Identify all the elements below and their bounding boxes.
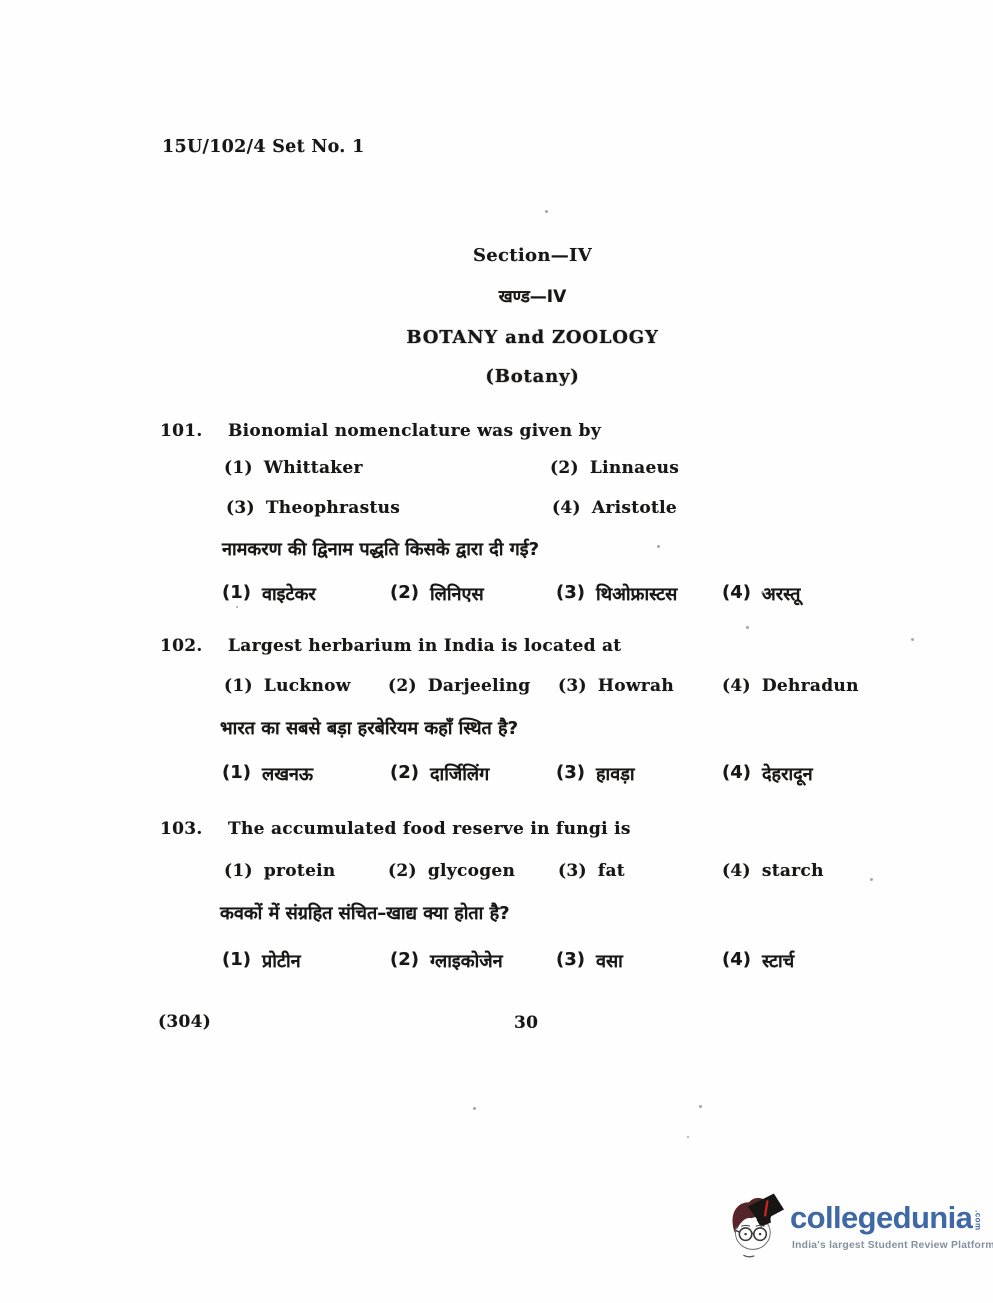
question-number: 101. xyxy=(160,421,203,441)
option: (3) Theophrastus xyxy=(226,498,400,518)
option-number: (3) xyxy=(556,762,585,786)
option-number: (1) xyxy=(222,949,251,973)
option-number: (2) xyxy=(390,582,419,606)
question-text-en: Bionomial nomenclature was given by xyxy=(228,421,601,441)
option-label: लखनऊ xyxy=(262,762,313,786)
scan-speck xyxy=(761,591,764,594)
option-number: (2) xyxy=(388,861,417,881)
option-number: (1) xyxy=(224,458,253,478)
option-number: (3) xyxy=(556,582,585,606)
option-label: Linnaeus xyxy=(590,458,679,478)
option-number: (3) xyxy=(226,498,255,518)
option-label: वसा xyxy=(596,949,623,973)
option-label: लिनिएस xyxy=(430,582,484,606)
option: (3) fat xyxy=(558,861,625,881)
collegedunia-logo: collegedunia .com India's largest Studen… xyxy=(718,1184,990,1296)
option-label: protein xyxy=(264,861,336,881)
option-label: देहरादून xyxy=(762,762,813,786)
scan-speck xyxy=(657,545,660,548)
question-text-hi: भारत का सबसे बड़ा हरबेरियम कहाँ स्थित है… xyxy=(220,716,518,740)
option-label: थिओफ्रास्टस xyxy=(596,582,677,606)
option-label: starch xyxy=(762,861,824,881)
option-number: (1) xyxy=(222,762,251,786)
subject-heading: BOTANY and ZOOLOGY xyxy=(0,327,993,348)
option: (4) Dehradun xyxy=(722,676,859,696)
scan-speck xyxy=(699,1105,702,1108)
option-number: (4) xyxy=(722,676,751,696)
option-label: fat xyxy=(598,861,625,881)
question-text-hi: नामकरण की द्विनाम पद्धति किसके द्वारा दी… xyxy=(222,537,539,561)
option-number: (3) xyxy=(558,676,587,696)
option-label: स्टार्च xyxy=(762,949,794,973)
option: (1) वाइटेकर xyxy=(222,582,316,606)
question-text-hi: कवकों में संग्रहित संचित–खाद्य क्या होता… xyxy=(220,901,510,925)
option-label: वाइटेकर xyxy=(262,582,316,606)
option: (4) स्टार्च xyxy=(722,949,794,973)
option: (2) glycogen xyxy=(388,861,515,881)
option-label: Whittaker xyxy=(264,458,363,478)
option-label: दार्जिलिंग xyxy=(430,762,489,786)
option-number: (4) xyxy=(722,861,751,881)
option: (2) ग्लाइकोजेन xyxy=(390,949,503,973)
option-label: Lucknow xyxy=(264,676,351,696)
scan-speck xyxy=(746,626,749,629)
option: (2) Linnaeus xyxy=(550,458,679,478)
option-number: (3) xyxy=(556,949,585,973)
option: (4) अरस्तू xyxy=(722,582,800,606)
option-label: glycogen xyxy=(428,861,515,881)
option-label: हावड़ा xyxy=(596,762,635,786)
paper-code: 15U/102/4 Set No. 1 xyxy=(162,137,365,157)
option: (2) दार्जिलिंग xyxy=(390,762,489,786)
collegedunia-mascot-icon xyxy=(726,1186,784,1262)
question-text-en: The accumulated food reserve in fungi is xyxy=(228,819,631,839)
option-label: Aristotle xyxy=(592,498,677,518)
option-number: (2) xyxy=(390,949,419,973)
option-label: Darjeeling xyxy=(428,676,531,696)
option-label: Theophrastus xyxy=(266,498,400,518)
scan-speck xyxy=(911,638,914,641)
option: (1) Whittaker xyxy=(224,458,363,478)
option-number: (2) xyxy=(388,676,417,696)
option-label: प्रोटीन xyxy=(262,949,301,973)
section-heading-hi: खण्ड—IV xyxy=(0,284,993,307)
option: (3) हावड़ा xyxy=(556,762,635,786)
scan-speck xyxy=(473,1107,476,1110)
option-number: (2) xyxy=(390,762,419,786)
option-number: (3) xyxy=(558,861,587,881)
option: (2) लिनिएस xyxy=(390,582,484,606)
logo-brand: collegedunia xyxy=(790,1202,972,1233)
option-number: (1) xyxy=(222,582,251,606)
logo-tld: .com xyxy=(973,1210,982,1231)
question-text-en: Largest herbarium in India is located at xyxy=(228,636,621,656)
option-label: Dehradun xyxy=(762,676,859,696)
subsection-heading: (Botany) xyxy=(0,366,993,387)
scan-speck xyxy=(870,878,873,881)
question-number: 103. xyxy=(160,819,203,839)
option-label: अरस्तू xyxy=(762,582,800,606)
question-number: 102. xyxy=(160,636,203,656)
option: (1) Lucknow xyxy=(224,676,351,696)
option-label: Howrah xyxy=(598,676,674,696)
option: (4) Aristotle xyxy=(552,498,677,518)
section-heading-en: Section—IV xyxy=(0,245,993,266)
option-number: (4) xyxy=(552,498,581,518)
footer-code: (304) xyxy=(158,1012,211,1032)
option-number: (4) xyxy=(722,582,751,606)
option-number: (4) xyxy=(722,762,751,786)
option-number: (1) xyxy=(224,676,253,696)
option: (3) वसा xyxy=(556,949,623,973)
scan-speck xyxy=(236,606,238,608)
scan-speck xyxy=(545,210,548,213)
page-number: 30 xyxy=(514,1013,538,1033)
option-number: (1) xyxy=(224,861,253,881)
option: (2) Darjeeling xyxy=(388,676,531,696)
option: (4) देहरादून xyxy=(722,762,813,786)
option: (3) Howrah xyxy=(558,676,674,696)
option: (4) starch xyxy=(722,861,824,881)
scan-speck xyxy=(687,1136,689,1138)
option-number: (2) xyxy=(550,458,579,478)
option: (1) लखनऊ xyxy=(222,762,313,786)
option: (1) प्रोटीन xyxy=(222,949,301,973)
option-number: (4) xyxy=(722,949,751,973)
logo-tagline: India's largest Student Review Platform xyxy=(792,1240,993,1251)
option: (3) थिओफ्रास्टस xyxy=(556,582,677,606)
scanned-exam-page: 15U/102/4 Set No. 1 Section—IV खण्ड—IV B… xyxy=(0,0,993,1303)
option-label: ग्लाइकोजेन xyxy=(430,949,503,973)
option: (1) protein xyxy=(224,861,336,881)
